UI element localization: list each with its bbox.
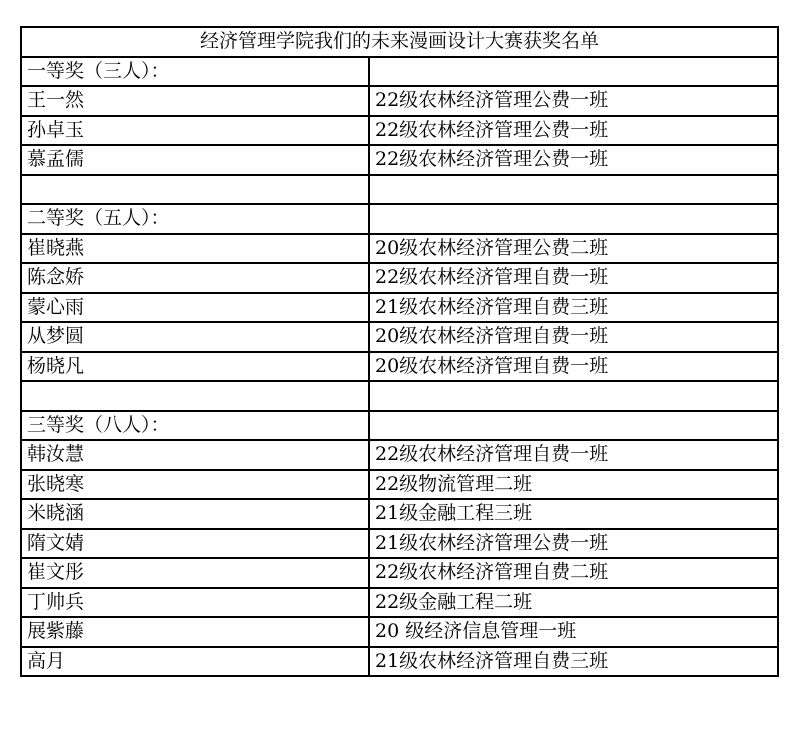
winner-name: 杨晓凡: [21, 352, 369, 382]
table-row: 韩汝慧 22级农林经济管理自费一班: [21, 440, 778, 470]
table-row: 杨晓凡 20级农林经济管理自费一班: [21, 352, 778, 382]
empty-cell: [369, 381, 778, 411]
winner-class: 20级农林经济管理自费一班: [369, 322, 778, 352]
winner-class: 21级金融工程三班: [369, 499, 778, 529]
winner-name: 崔晓燕: [21, 234, 369, 264]
section-header-row: 三等奖（八人）：: [21, 411, 778, 441]
winner-name: 从梦圆: [21, 322, 369, 352]
table-row: 崔晓燕 20级农林经济管理公费二班: [21, 234, 778, 264]
table-row: 丁帅兵 22级金融工程二班: [21, 588, 778, 618]
winner-class: 20 级经济信息管理一班: [369, 617, 778, 647]
winner-name: 王一然: [21, 86, 369, 116]
winner-name: 高月: [21, 647, 369, 677]
table-row: 崔文彤 22级农林经济管理自费二班: [21, 558, 778, 588]
winner-class: 20级农林经济管理公费二班: [369, 234, 778, 264]
winner-name: 丁帅兵: [21, 588, 369, 618]
empty-cell: [369, 411, 778, 441]
table-row: 高月 21级农林经济管理自费三班: [21, 647, 778, 677]
winner-class: 21级农林经济管理自费三班: [369, 293, 778, 323]
empty-cell: [369, 204, 778, 234]
winner-class: 22级物流管理二班: [369, 470, 778, 500]
winner-name: 米晓涵: [21, 499, 369, 529]
title-row: 经济管理学院我们的未来漫画设计大赛获奖名单: [21, 27, 778, 57]
winner-class: 22级农林经济管理公费一班: [369, 86, 778, 116]
winner-name: 慕孟儒: [21, 145, 369, 175]
winner-class: 22级农林经济管理自费一班: [369, 440, 778, 470]
section-heading: 三等奖（八人）：: [21, 411, 369, 441]
section-heading: 二等奖（五人）：: [21, 204, 369, 234]
section-header-row: 一等奖（三人）：: [21, 57, 778, 87]
table-row: 从梦圆 20级农林经济管理自费一班: [21, 322, 778, 352]
winner-class: 22级农林经济管理公费一班: [369, 145, 778, 175]
award-list-table: 经济管理学院我们的未来漫画设计大赛获奖名单 一等奖（三人）： 王一然 22级农林…: [20, 26, 779, 677]
winner-name: 孙卓玉: [21, 116, 369, 146]
winner-class: 22级农林经济管理自费二班: [369, 558, 778, 588]
empty-cell: [369, 175, 778, 205]
section-heading: 一等奖（三人）：: [21, 57, 369, 87]
winner-name: 展紫藤: [21, 617, 369, 647]
table-row: 陈念娇 22级农林经济管理自费一班: [21, 263, 778, 293]
winner-class: 22级农林经济管理自费一班: [369, 263, 778, 293]
empty-cell: [21, 175, 369, 205]
table-row: 慕孟儒 22级农林经济管理公费一班: [21, 145, 778, 175]
winner-name: 陈念娇: [21, 263, 369, 293]
table-title: 经济管理学院我们的未来漫画设计大赛获奖名单: [21, 27, 778, 57]
table-row: 隋文婧 21级农林经济管理公费一班: [21, 529, 778, 559]
winner-name: 蒙心雨: [21, 293, 369, 323]
empty-cell: [369, 57, 778, 87]
table-row: 孙卓玉 22级农林经济管理公费一班: [21, 116, 778, 146]
table-row: 张晓寒 22级物流管理二班: [21, 470, 778, 500]
winner-class: 21级农林经济管理公费一班: [369, 529, 778, 559]
winner-name: 张晓寒: [21, 470, 369, 500]
spacer-row: [21, 175, 778, 205]
winner-class: 22级农林经济管理公费一班: [369, 116, 778, 146]
winner-class: 20级农林经济管理自费一班: [369, 352, 778, 382]
empty-cell: [21, 381, 369, 411]
winner-class: 22级金融工程二班: [369, 588, 778, 618]
winner-class: 21级农林经济管理自费三班: [369, 647, 778, 677]
table-row: 蒙心雨 21级农林经济管理自费三班: [21, 293, 778, 323]
table-row: 展紫藤 20 级经济信息管理一班: [21, 617, 778, 647]
winner-name: 隋文婧: [21, 529, 369, 559]
winner-name: 韩汝慧: [21, 440, 369, 470]
winner-name: 崔文彤: [21, 558, 369, 588]
table-row: 王一然 22级农林经济管理公费一班: [21, 86, 778, 116]
section-header-row: 二等奖（五人）：: [21, 204, 778, 234]
spacer-row: [21, 381, 778, 411]
table-row: 米晓涵 21级金融工程三班: [21, 499, 778, 529]
